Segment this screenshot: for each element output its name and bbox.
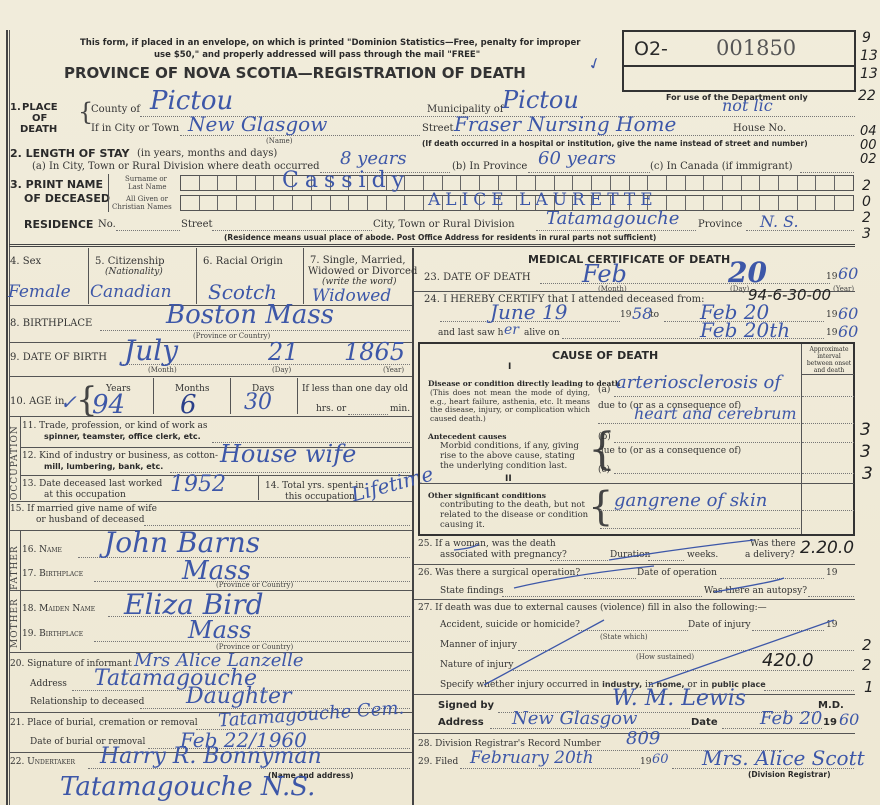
residence-no-line: [116, 230, 180, 231]
relationship-label: Relationship to deceased: [30, 697, 144, 707]
city-label: If in City or Town: [91, 123, 179, 134]
check-mark-icon: ✓: [585, 52, 604, 74]
other-line: [600, 510, 800, 511]
residence-label: RESIDENCE: [24, 218, 93, 231]
mail-notice-line2: use $50," and properly addressed will pa…: [154, 50, 480, 60]
age-min-label: min.: [390, 404, 410, 414]
other-brace: {: [588, 484, 613, 530]
q19-line: [94, 641, 410, 642]
row-divider: [9, 501, 412, 502]
cause-c-label: (c): [598, 465, 610, 475]
stay-note: (in years, months and days): [137, 148, 277, 159]
dob-month[interactable]: July: [124, 334, 178, 367]
sex-value[interactable]: Female: [8, 282, 71, 302]
margin-code: 02: [860, 152, 877, 167]
birthplace-line: [100, 330, 410, 331]
q17-label: 17. Birthplace: [22, 569, 83, 579]
given-value[interactable]: ALICE LAURETTE: [428, 190, 658, 210]
occupation-section-label: OCCUPATION: [10, 425, 20, 500]
left-border: [6, 30, 8, 805]
municipality-value[interactable]: Pictou: [502, 86, 579, 114]
antecedent-heading: Antecedent causes: [428, 432, 507, 441]
alive-on-value[interactable]: Feb 20th: [700, 318, 790, 342]
birthplace-label: 8. BIRTHPLACE: [10, 318, 92, 329]
other-note: contributing to the death, but not relat…: [440, 500, 590, 530]
age-less-label: If less than one day old: [302, 384, 408, 394]
col-divider: [303, 248, 304, 304]
q23-year[interactable]: 60: [838, 264, 858, 283]
alive-year[interactable]: 60: [838, 322, 858, 341]
q13-value[interactable]: 1952: [170, 472, 226, 497]
strike-through-marks: [414, 530, 864, 700]
citizenship-value[interactable]: Canadian: [90, 282, 172, 302]
mother-section-label: MOTHER: [10, 598, 20, 648]
other-value[interactable]: gangrene of skin: [614, 490, 767, 511]
interval-a2-line: [802, 423, 854, 424]
citizenship-label: 5. Citizenship: [95, 256, 165, 267]
q21-label: 21. Place of burial, cremation or remova…: [10, 718, 198, 728]
dob-year[interactable]: 1865: [344, 338, 405, 366]
q18-label: 18. Maiden Name: [22, 604, 95, 614]
q23-year-prefix: 19: [826, 272, 837, 282]
residence-city-value[interactable]: Tatamagouche: [546, 208, 679, 229]
q29-label: 29. Filed: [418, 757, 458, 767]
main-column-divider: [412, 248, 414, 805]
residence-city-label: City, Town or Rural Division: [373, 219, 515, 230]
citizenship-sub: (Nationality): [105, 267, 163, 277]
marital-label-l1: 7. Single, Married,: [310, 255, 406, 266]
stay-a-value[interactable]: 8 years: [340, 148, 407, 169]
alive-on-label: alive on: [524, 328, 560, 338]
q19-label: 19. Birthplace: [22, 629, 83, 639]
q13-label-l2: at this occupation: [44, 490, 126, 500]
q11-label-l2: spinner, teamster, office clerk, etc.: [44, 432, 201, 441]
mother-divider: [20, 590, 21, 650]
alive-year-prefix: 19: [826, 328, 837, 338]
department-box-divider: [624, 65, 854, 67]
signature-year-value[interactable]: 60: [839, 710, 859, 729]
surname-value[interactable]: Cassidy: [282, 168, 410, 193]
residence-city-line: [536, 230, 696, 231]
age-label: 10. AGE in: [10, 396, 64, 407]
direct-note: (This does not mean the mode of dying, e…: [430, 389, 590, 423]
age-divider: [230, 378, 231, 414]
q24-from-year-prefix: 19: [620, 310, 631, 320]
other-line2: [600, 528, 800, 529]
stay-b-line: [528, 172, 650, 173]
residence-street-line: [212, 230, 372, 231]
q24-to-year[interactable]: 60: [838, 304, 858, 323]
q24-to-label: to: [650, 310, 659, 320]
city-value[interactable]: New Glasgow: [188, 112, 327, 136]
q29-year-prefix: 19: [640, 757, 651, 767]
given-label-l2: Christian Names: [112, 203, 172, 211]
interval-header-line: [802, 374, 854, 375]
margin-code: 3: [860, 420, 871, 440]
name-label-l2: OF DECEASED: [24, 192, 110, 205]
medical-title: MEDICAL CERTIFICATE OF DEATH: [528, 253, 730, 266]
stay-b-value[interactable]: 60 years: [538, 148, 616, 169]
dob-month-sub: (Month): [148, 366, 177, 374]
margin-code: 2: [862, 210, 871, 226]
age-days-value[interactable]: 30: [244, 390, 272, 415]
signature-year-prefix: 19: [823, 717, 837, 728]
street-value[interactable]: Fraser Nursing Home: [454, 112, 676, 136]
margin-code: 1: [864, 678, 874, 696]
interval-c-line: [802, 473, 854, 474]
stay-c-label: (c) In Canada (if immigrant): [650, 161, 793, 172]
q29-line: [460, 768, 640, 769]
age-min-line: [348, 414, 388, 415]
residence-note: (Residence means usual place of abode. P…: [224, 233, 656, 242]
cause-a-value[interactable]: arteriosclerosis of: [616, 372, 781, 393]
other-heading: Other significant conditions: [428, 491, 546, 500]
row-divider: [9, 416, 412, 417]
residence-street-label: Street: [181, 219, 213, 230]
cause-b-label: (b): [598, 432, 611, 442]
q22-address[interactable]: Tatamagouche N.S.: [60, 772, 315, 802]
signature-address-label: Address: [438, 717, 484, 728]
dob-day[interactable]: 21: [268, 338, 299, 366]
sex-label: 4. Sex: [10, 256, 41, 267]
mail-notice-line1: This form, if placed in an envelope, on …: [80, 38, 580, 48]
q23-month[interactable]: Feb: [582, 260, 627, 288]
margin-code: 2: [862, 178, 871, 194]
margin-code: 3: [860, 442, 871, 462]
q11-label-l1: 11. Trade, profession, or kind of work a…: [22, 421, 208, 431]
municipality-note: not lic: [722, 96, 773, 115]
dob-label: 9. DATE OF BIRTH: [10, 352, 107, 363]
q22-label: 22. Undertaker: [10, 757, 75, 767]
death-registration-form: This form, if placed in an envelope, on …: [0, 0, 880, 805]
registration-prefix: O2-: [634, 38, 668, 60]
city-sub: (Name): [266, 137, 293, 145]
given-label-l1: All Given or: [126, 195, 168, 203]
section-divider: [9, 244, 855, 247]
surname-label-l2: Last Name: [128, 183, 167, 191]
q15-label-l2: or husband of deceased: [36, 515, 144, 525]
q29-year[interactable]: 60: [652, 752, 669, 767]
margin-code: 9: [862, 30, 871, 46]
cause-a2-line: [598, 423, 800, 424]
q12-label-l2: mill, lumbering, bank, etc.: [44, 462, 163, 471]
cause-title: CAUSE OF DEATH: [552, 349, 658, 362]
residence-province-value[interactable]: N. S.: [760, 212, 799, 231]
registration-number: 001850: [716, 36, 796, 60]
direct-heading: Disease or condition directly leading to…: [428, 379, 620, 388]
interval-b-line: [802, 442, 854, 443]
form-title: PROVINCE OF NOVA SCOTIA—REGISTRATION OF …: [64, 64, 526, 82]
house-label: House No.: [733, 123, 786, 134]
cause-a-line: [614, 396, 800, 397]
stay-b-label: (b) In Province: [452, 161, 527, 172]
cause-part1: I: [508, 362, 511, 372]
place-label-of: OF: [32, 113, 47, 124]
q28-value[interactable]: 809: [626, 728, 660, 749]
stay-label: 2. LENGTH OF STAY: [10, 147, 129, 160]
racial-label: 6. Racial Origin: [203, 256, 283, 267]
cause-a-label: (a): [598, 385, 610, 395]
margin-code: 3: [862, 226, 871, 242]
relationship-value[interactable]: Daughter: [186, 684, 292, 709]
q13-label-l1: 13. Date deceased last worked: [22, 479, 162, 489]
residence-no-label: No.: [98, 219, 116, 230]
antecedent-note: Morbid conditions, if any, giving rise t…: [440, 441, 590, 471]
margin-code: 13: [860, 66, 878, 82]
name-divider: [108, 174, 109, 212]
name-label-l1: 3. PRINT NAME: [10, 178, 103, 191]
age-hrs-label: hrs. or: [316, 404, 346, 414]
q16-label: 16. Name: [22, 545, 62, 555]
q24-to-year-prefix: 19: [826, 310, 837, 320]
age-divider: [297, 378, 298, 414]
margin-code: 13: [860, 48, 878, 64]
registrar-sub: (Division Registrar): [748, 770, 831, 779]
col-divider: [196, 248, 197, 304]
signature-address-value[interactable]: New Glasgow: [512, 708, 637, 729]
place-label-l1: 1.: [10, 102, 21, 113]
place-label: PLACE: [22, 102, 58, 113]
signature-date-value[interactable]: Feb 20: [760, 708, 822, 729]
age-divider: [153, 378, 154, 414]
dob-day-sub: (Day): [272, 366, 291, 374]
margin-code: 0: [862, 194, 871, 210]
signature-date-label: Date: [691, 717, 718, 728]
last-saw-value[interactable]: er: [504, 322, 519, 338]
interval-divider: [801, 344, 802, 534]
stay-c-line: [800, 172, 854, 173]
margin-code: 3: [862, 464, 873, 484]
occupation-divider: [20, 416, 21, 500]
surname-label-l1: Surname or: [125, 175, 167, 183]
interval-other-line: [802, 510, 854, 511]
county-label: County of: [91, 104, 140, 115]
stay-a-label: (a) In City, Town or Rural Division wher…: [32, 161, 320, 172]
q22-value[interactable]: Harry R. Bonnyman: [100, 744, 322, 769]
father-divider: [20, 530, 21, 590]
cause-b-line: [614, 442, 800, 443]
margin-code: 22: [858, 88, 876, 104]
signed-label: Signed by: [438, 700, 494, 711]
q15-label-l1: 15. If married give name of wife: [10, 504, 157, 514]
marital-label-l2: Widowed or Divorced: [308, 266, 417, 277]
cause-part-divider: [420, 483, 854, 484]
row-divider: [9, 376, 412, 377]
street-note: (If death occurred in a hospital or inst…: [422, 139, 808, 148]
department-box: O2- 001850: [622, 30, 856, 92]
street-label: Street: [422, 123, 454, 134]
interval-a-line: [802, 396, 854, 397]
birthplace-value[interactable]: Boston Mass: [166, 300, 334, 330]
cause-b-due: due to (or as a consequence of): [598, 446, 741, 456]
q24-from[interactable]: June 19: [490, 300, 567, 324]
q12-label-l1: 12. Kind of industry or business, as cot…: [22, 451, 218, 461]
father-section-label: FATHER: [10, 545, 20, 590]
age-check-icon: ✓: [60, 390, 77, 414]
cause-c-line: [614, 473, 800, 474]
registrar-value[interactable]: Mrs. Alice Scott: [702, 746, 865, 770]
q23-label: 23. DATE OF DEATH: [424, 272, 531, 283]
q12-value[interactable]: House wife: [220, 440, 356, 468]
cause-a-value2[interactable]: heart and cerebrum: [634, 404, 797, 423]
residence-province-label: Province: [698, 219, 742, 230]
last-saw-label: and last saw h: [438, 328, 503, 338]
margin-code: 00: [860, 138, 877, 153]
q19-value[interactable]: Mass: [188, 616, 252, 644]
q29-value[interactable]: February 20th: [470, 748, 594, 768]
place-label-death: DEATH: [20, 124, 57, 135]
q13-divider: [258, 475, 259, 500]
cause-part2: II: [505, 474, 512, 484]
q16-value[interactable]: John Barns: [104, 526, 260, 559]
margin-code: 04: [860, 124, 877, 139]
col-divider: [88, 248, 89, 304]
informant-address-label: Address: [30, 679, 67, 689]
dob-year-sub: (Year): [383, 366, 404, 374]
interval-header: Approximate interval between onset and d…: [804, 346, 854, 374]
birthplace-sub: (Province or Country): [193, 332, 270, 340]
